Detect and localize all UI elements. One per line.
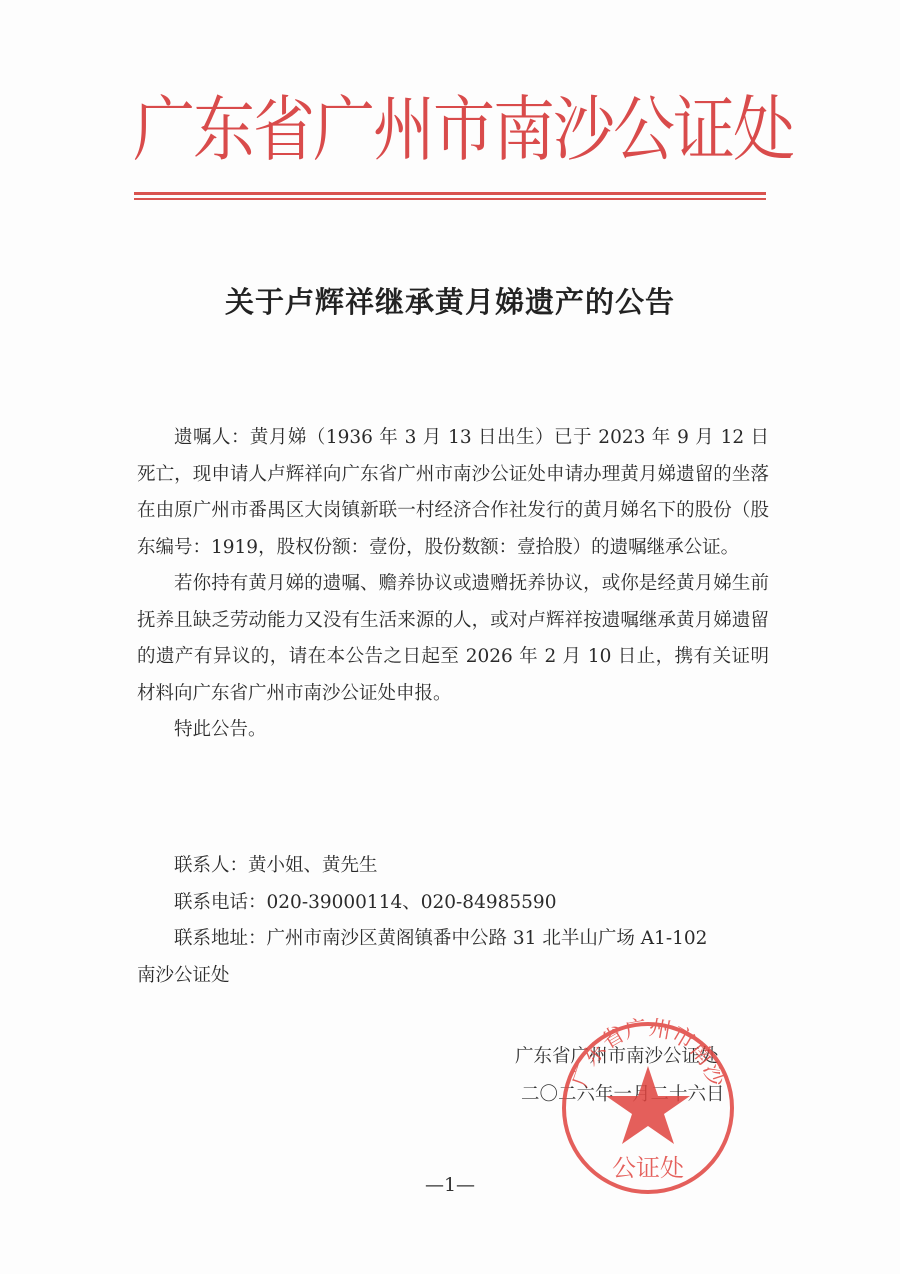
notice-paragraph: 若你持有黄月娣的遗嘱、赡养协议或遗赠抚养协议，或你是经黄月娣生前抚养且缺乏劳动能… — [137, 566, 769, 712]
letterhead-rule-thin — [134, 198, 766, 200]
contact-phone: 联系电话：020-39000114、020-84985590 — [137, 885, 777, 922]
official-seal-icon: 广东省广州市南沙 公证处 — [558, 1018, 738, 1198]
contact-person-label: 联系人： — [174, 855, 248, 876]
contact-address-continued: 南沙公证处 — [137, 958, 777, 995]
notice-body: 遗嘱人：黄月娣（1936 年 3 月 13 日出生）已于 2023 年 9 月 … — [137, 420, 769, 749]
contact-block: 联系人：黄小姐、黄先生 联系电话：020-39000114、020-849855… — [137, 848, 777, 994]
contact-phone-value: 020-39000114、020-84985590 — [267, 892, 557, 913]
contact-address-label: 联系地址： — [174, 928, 267, 949]
page-number: —1— — [400, 1174, 500, 1196]
contact-address-value: 广州市南沙区黄阁镇番中公路 31 北半山广场 A1-102 — [267, 928, 708, 949]
contact-phone-label: 联系电话： — [174, 892, 267, 913]
svg-text:公证处: 公证处 — [612, 1154, 684, 1182]
contact-person-value: 黄小姐、黄先生 — [248, 855, 378, 876]
letterhead-rule-thick — [134, 192, 766, 195]
contact-person: 联系人：黄小姐、黄先生 — [137, 848, 777, 885]
document-page: 广东省广州市南沙公证处 关于卢辉祥继承黄月娣遗产的公告 遗嘱人：黄月娣（1936… — [0, 0, 900, 1274]
notice-closing: 特此公告。 — [137, 712, 769, 749]
notice-paragraph: 遗嘱人：黄月娣（1936 年 3 月 13 日出生）已于 2023 年 9 月 … — [137, 420, 769, 566]
notice-title: 关于卢辉祥继承黄月娣遗产的公告 — [150, 280, 750, 321]
contact-address: 联系地址：广州市南沙区黄阁镇番中公路 31 北半山广场 A1-102 — [137, 921, 777, 958]
letterhead-org-name: 广东省广州市南沙公证处 — [133, 78, 773, 182]
